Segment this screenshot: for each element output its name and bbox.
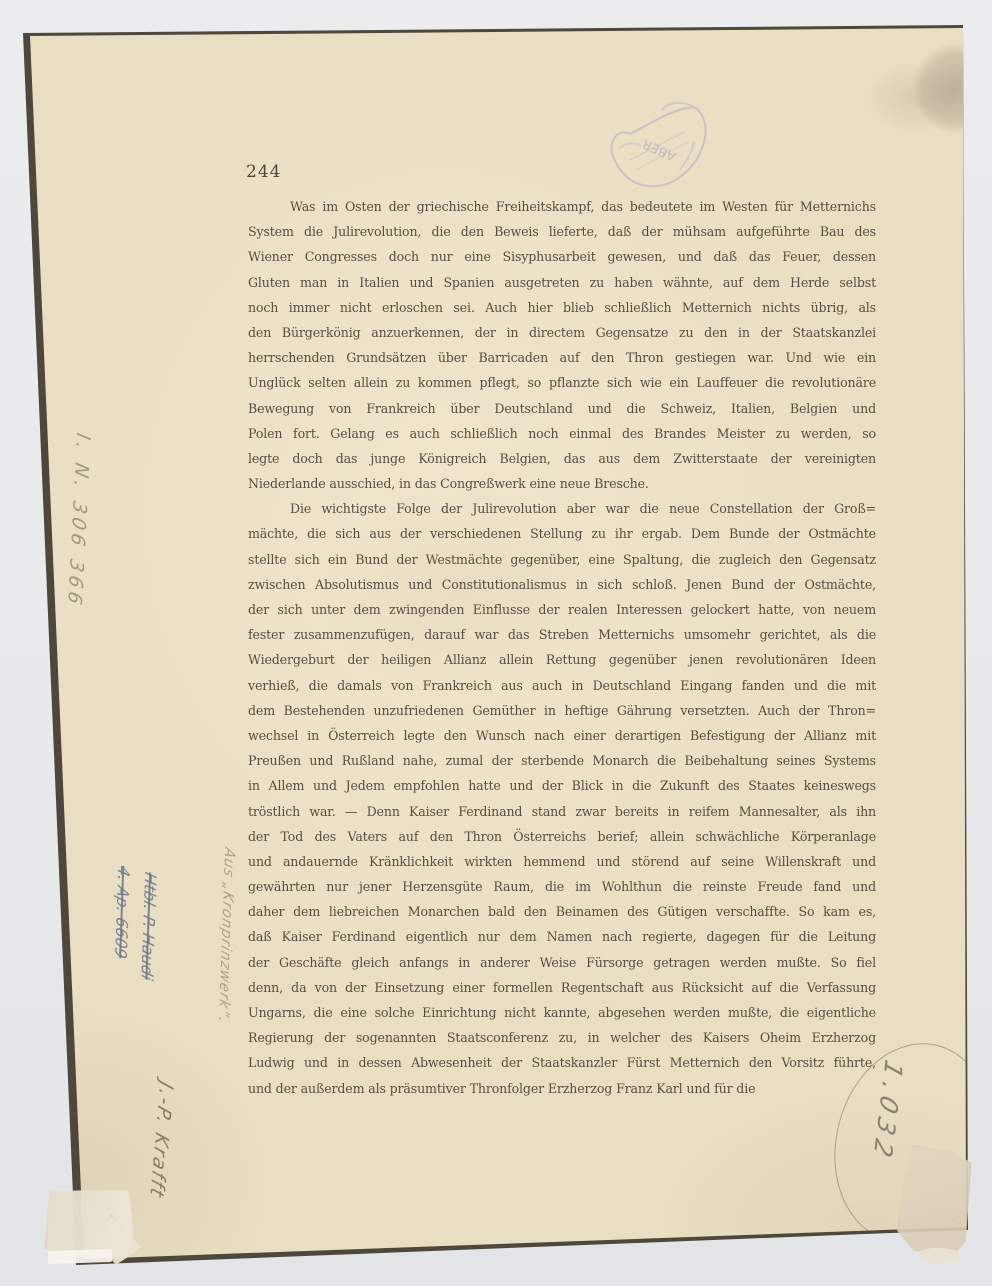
- text-line: mächte, die sich aus der verschiedenen S…: [248, 521, 876, 546]
- text-line: Ungarns, die eine solche Einrichtung nic…: [248, 1000, 876, 1025]
- artist-signature-note: J.-P. Krafft: [145, 1079, 177, 1202]
- catalog-year: (1837): [8, 1115, 37, 1172]
- text-line: Was im Osten der griechische Freiheitska…: [248, 194, 876, 219]
- page-number: 244: [246, 162, 281, 182]
- text-line: stellte sich ein Bund der Westmächte geg…: [248, 547, 876, 572]
- text-line: dem Bestehenden unzufriedenen Gemüther i…: [248, 698, 876, 723]
- text-line: Regierung der sogenannten Staatsconferen…: [248, 1025, 876, 1050]
- text-line: und der außerdem als präsumtiver Thronfo…: [248, 1076, 876, 1101]
- text-line: der sich unter dem zwingenden Einflusse …: [248, 597, 876, 622]
- text-line: fester zusammenzufügen, darauf war das S…: [248, 622, 876, 647]
- text-line: System die Julirevolution, die den Bewei…: [248, 219, 876, 244]
- text-line: wechsel in Österreich legte den Wunsch n…: [248, 723, 876, 748]
- tape-tail-bottom-left: [48, 1249, 112, 1264]
- text-line: der Tod des Vaters auf den Thron Österre…: [248, 824, 876, 849]
- crossed-out-attribution-note: Htbl. P. Haudi 4. Ap. 6609: [107, 863, 164, 984]
- inventory-number-note: I. N. 306 366: [63, 431, 94, 610]
- text-line: Gluten man in Italien und Spanien ausget…: [248, 270, 876, 295]
- text-line: Wiener Congresses doch nur eine Sisyphus…: [248, 244, 876, 269]
- text-line: gewährten nur jener Herzensgüte Raum, di…: [248, 874, 876, 899]
- text-line: herrschenden Grundsätzen über Barricaden…: [248, 345, 876, 370]
- text-line: der Geschäfte gleich anfangs in anderer …: [248, 950, 876, 975]
- text-line: daher dem liebreichen Monarchen bald den…: [248, 899, 876, 924]
- body-text: Was im Osten der griechische Freiheitska…: [248, 194, 876, 1101]
- text-line: Unglück selten allein zu kommen pflegt, …: [248, 370, 876, 395]
- crossed-out-line: Htbl. P. Haudi: [133, 869, 164, 983]
- text-line: Ludwig und in dessen Abwesenheit der Sta…: [248, 1050, 876, 1075]
- scanned-book-page: ABER 244 Was im Osten der griechische Fr…: [0, 0, 992, 1286]
- text-line: Bewegung von Frankreich über Deutschland…: [248, 396, 876, 421]
- text-line: denn, da von der Einsetzung einer formel…: [248, 975, 876, 1000]
- text-line: tröstlich war. — Denn Kaiser Ferdinand s…: [248, 799, 876, 824]
- text-line: Polen fort. Gelang es auch schließlich n…: [248, 421, 876, 446]
- crossed-out-line: 4. Ap. 6609: [107, 863, 138, 977]
- text-line: und andauernde Kränklichkeit wirkten hem…: [248, 849, 876, 874]
- text-line: Die wichtigste Folge der Julirevolution …: [248, 496, 876, 521]
- text-line: Niederlande ausschied, in das Congreßwer…: [248, 471, 876, 496]
- collection-stamp-icon: ABER: [596, 98, 722, 200]
- text-line: Preußen und Rußland nahe, zumal der ster…: [248, 748, 876, 773]
- stamp-letters: ABER: [640, 135, 678, 163]
- catalog-number-note: M 798 (1837): [8, 1115, 64, 1177]
- catalog-number: M 798: [35, 1119, 64, 1176]
- text-line: verhieß, die damals von Frankreich aus a…: [248, 673, 876, 698]
- text-line: Wiedergeburt der heiligen Allianz allein…: [248, 647, 876, 672]
- text-line: noch immer nicht erloschen sei. Auch hie…: [248, 295, 876, 320]
- tape-blob-bottom-right: [918, 1248, 962, 1263]
- text-line: zwischen Absolutismus und Constitutional…: [248, 572, 876, 597]
- text-line: daß Kaiser Ferdinand eigentlich nur dem …: [248, 924, 876, 949]
- text-line: in Allem und Jedem empfohlen hatte und d…: [248, 773, 876, 798]
- text-line: den Bürgerkönig anzuerkennen, der in dir…: [248, 320, 876, 345]
- text-line: legte doch das junge Königreich Belgien,…: [248, 446, 876, 471]
- kronprinzwerk-note: Aus „Kronprinzwerk“.: [215, 845, 237, 1025]
- tape-residue-stain: [862, 30, 992, 160]
